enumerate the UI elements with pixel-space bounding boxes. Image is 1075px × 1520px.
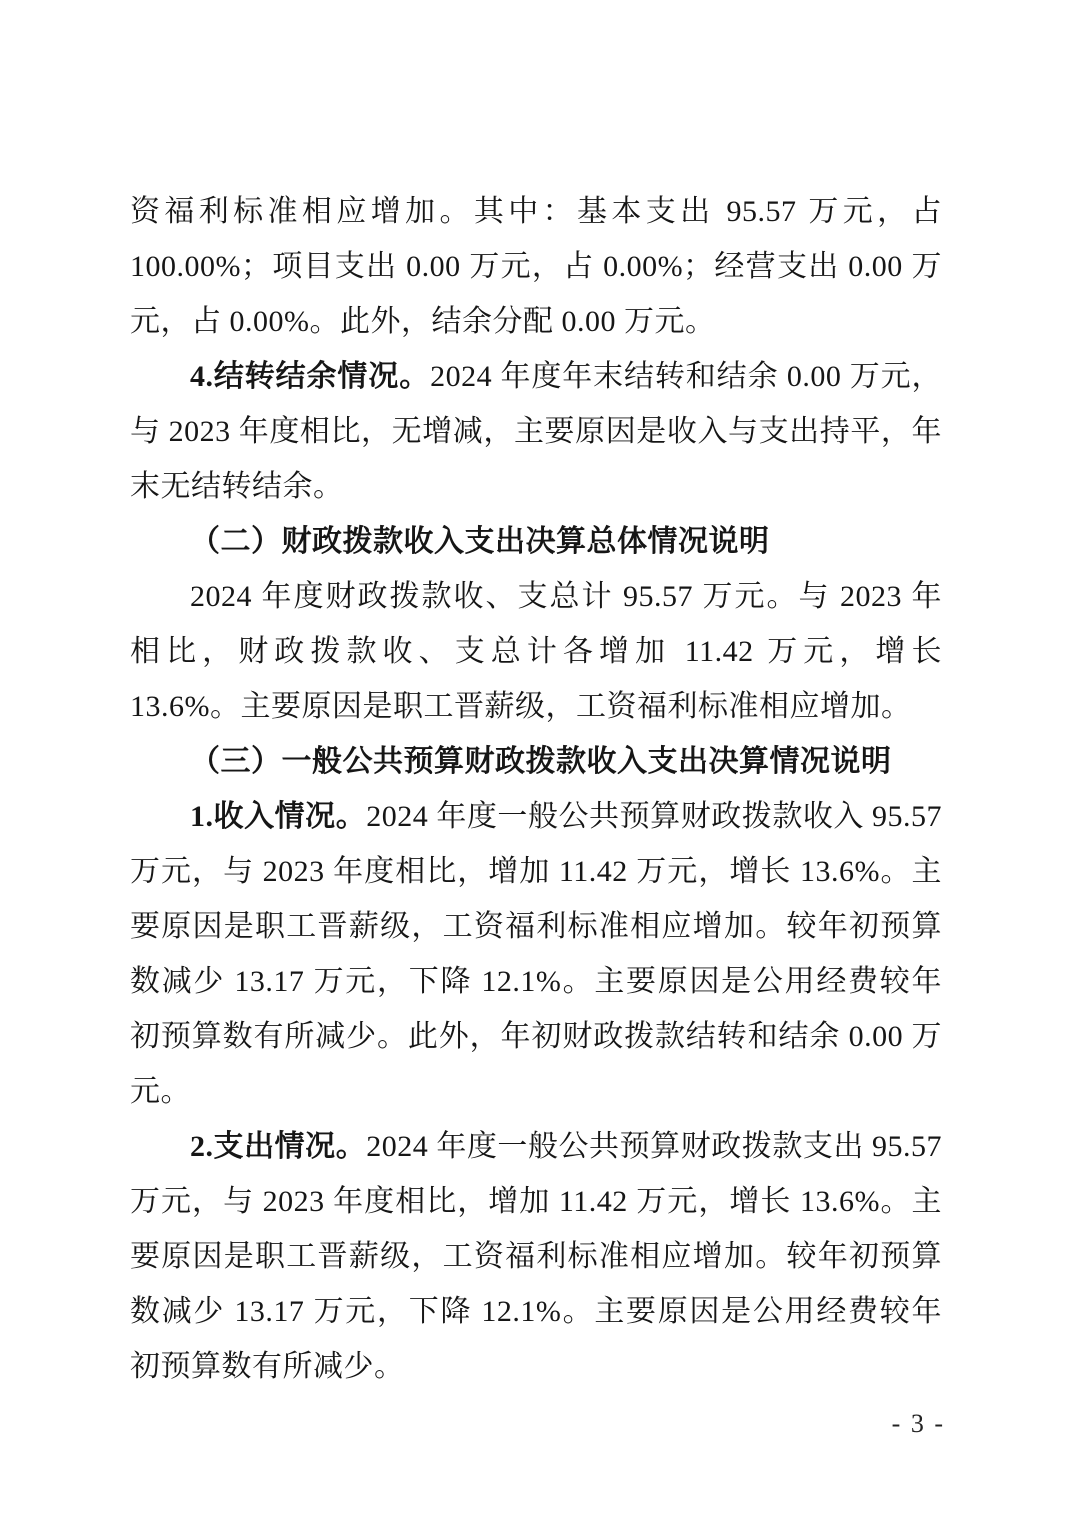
document-page: 资福利标准相应增加。其中：基本支出 95.57 万元，占 100.00%；项目支… [0, 0, 1075, 1520]
page-number: - 3 - [892, 1409, 945, 1439]
paragraph-text: 资福利标准相应增加。其中：基本支出 95.57 万元，占 100.00%；项目支… [130, 195, 942, 338]
section-heading-3: （三）一般公共预算财政拨款收入支出决算情况说明 [130, 734, 942, 789]
heading-text: （三）一般公共预算财政拨款收入支出决算情况说明 [190, 745, 892, 778]
paragraph-income-situation: 1.收入情况。2024 年度一般公共预算财政拨款收入 95.57 万元，与 20… [130, 789, 942, 1119]
paragraph-lead: 1.收入情况。 [190, 800, 366, 833]
paragraph-fiscal-appropriation-total: 2024 年度财政拨款收、支总计 95.57 万元。与 2023 年相比，财政拨… [130, 569, 942, 734]
heading-text: （二）财政拨款收入支出决算总体情况说明 [190, 525, 770, 558]
paragraph-lead: 4.结转结余情况。 [190, 360, 430, 393]
paragraph-expenditure-breakdown: 资福利标准相应增加。其中：基本支出 95.57 万元，占 100.00%；项目支… [130, 184, 942, 349]
section-heading-2: （二）财政拨款收入支出决算总体情况说明 [130, 514, 942, 569]
paragraph-expenditure-situation: 2.支出情况。2024 年度一般公共预算财政拨款支出 95.57 万元，与 20… [130, 1119, 942, 1394]
paragraph-text: 2024 年度财政拨款收、支总计 95.57 万元。与 2023 年相比，财政拨… [130, 580, 942, 723]
page-content: 资福利标准相应增加。其中：基本支出 95.57 万元，占 100.00%；项目支… [130, 184, 942, 1394]
paragraph-lead: 2.支出情况。 [190, 1130, 366, 1163]
paragraph-text: 2024 年度一般公共预算财政拨款支出 95.57 万元，与 2023 年度相比… [130, 1130, 942, 1383]
paragraph-text: 2024 年度一般公共预算财政拨款收入 95.57 万元，与 2023 年度相比… [130, 800, 942, 1108]
paragraph-carryover-balance: 4.结转结余情况。2024 年度年末结转和结余 0.00 万元，与 2023 年… [130, 349, 942, 514]
